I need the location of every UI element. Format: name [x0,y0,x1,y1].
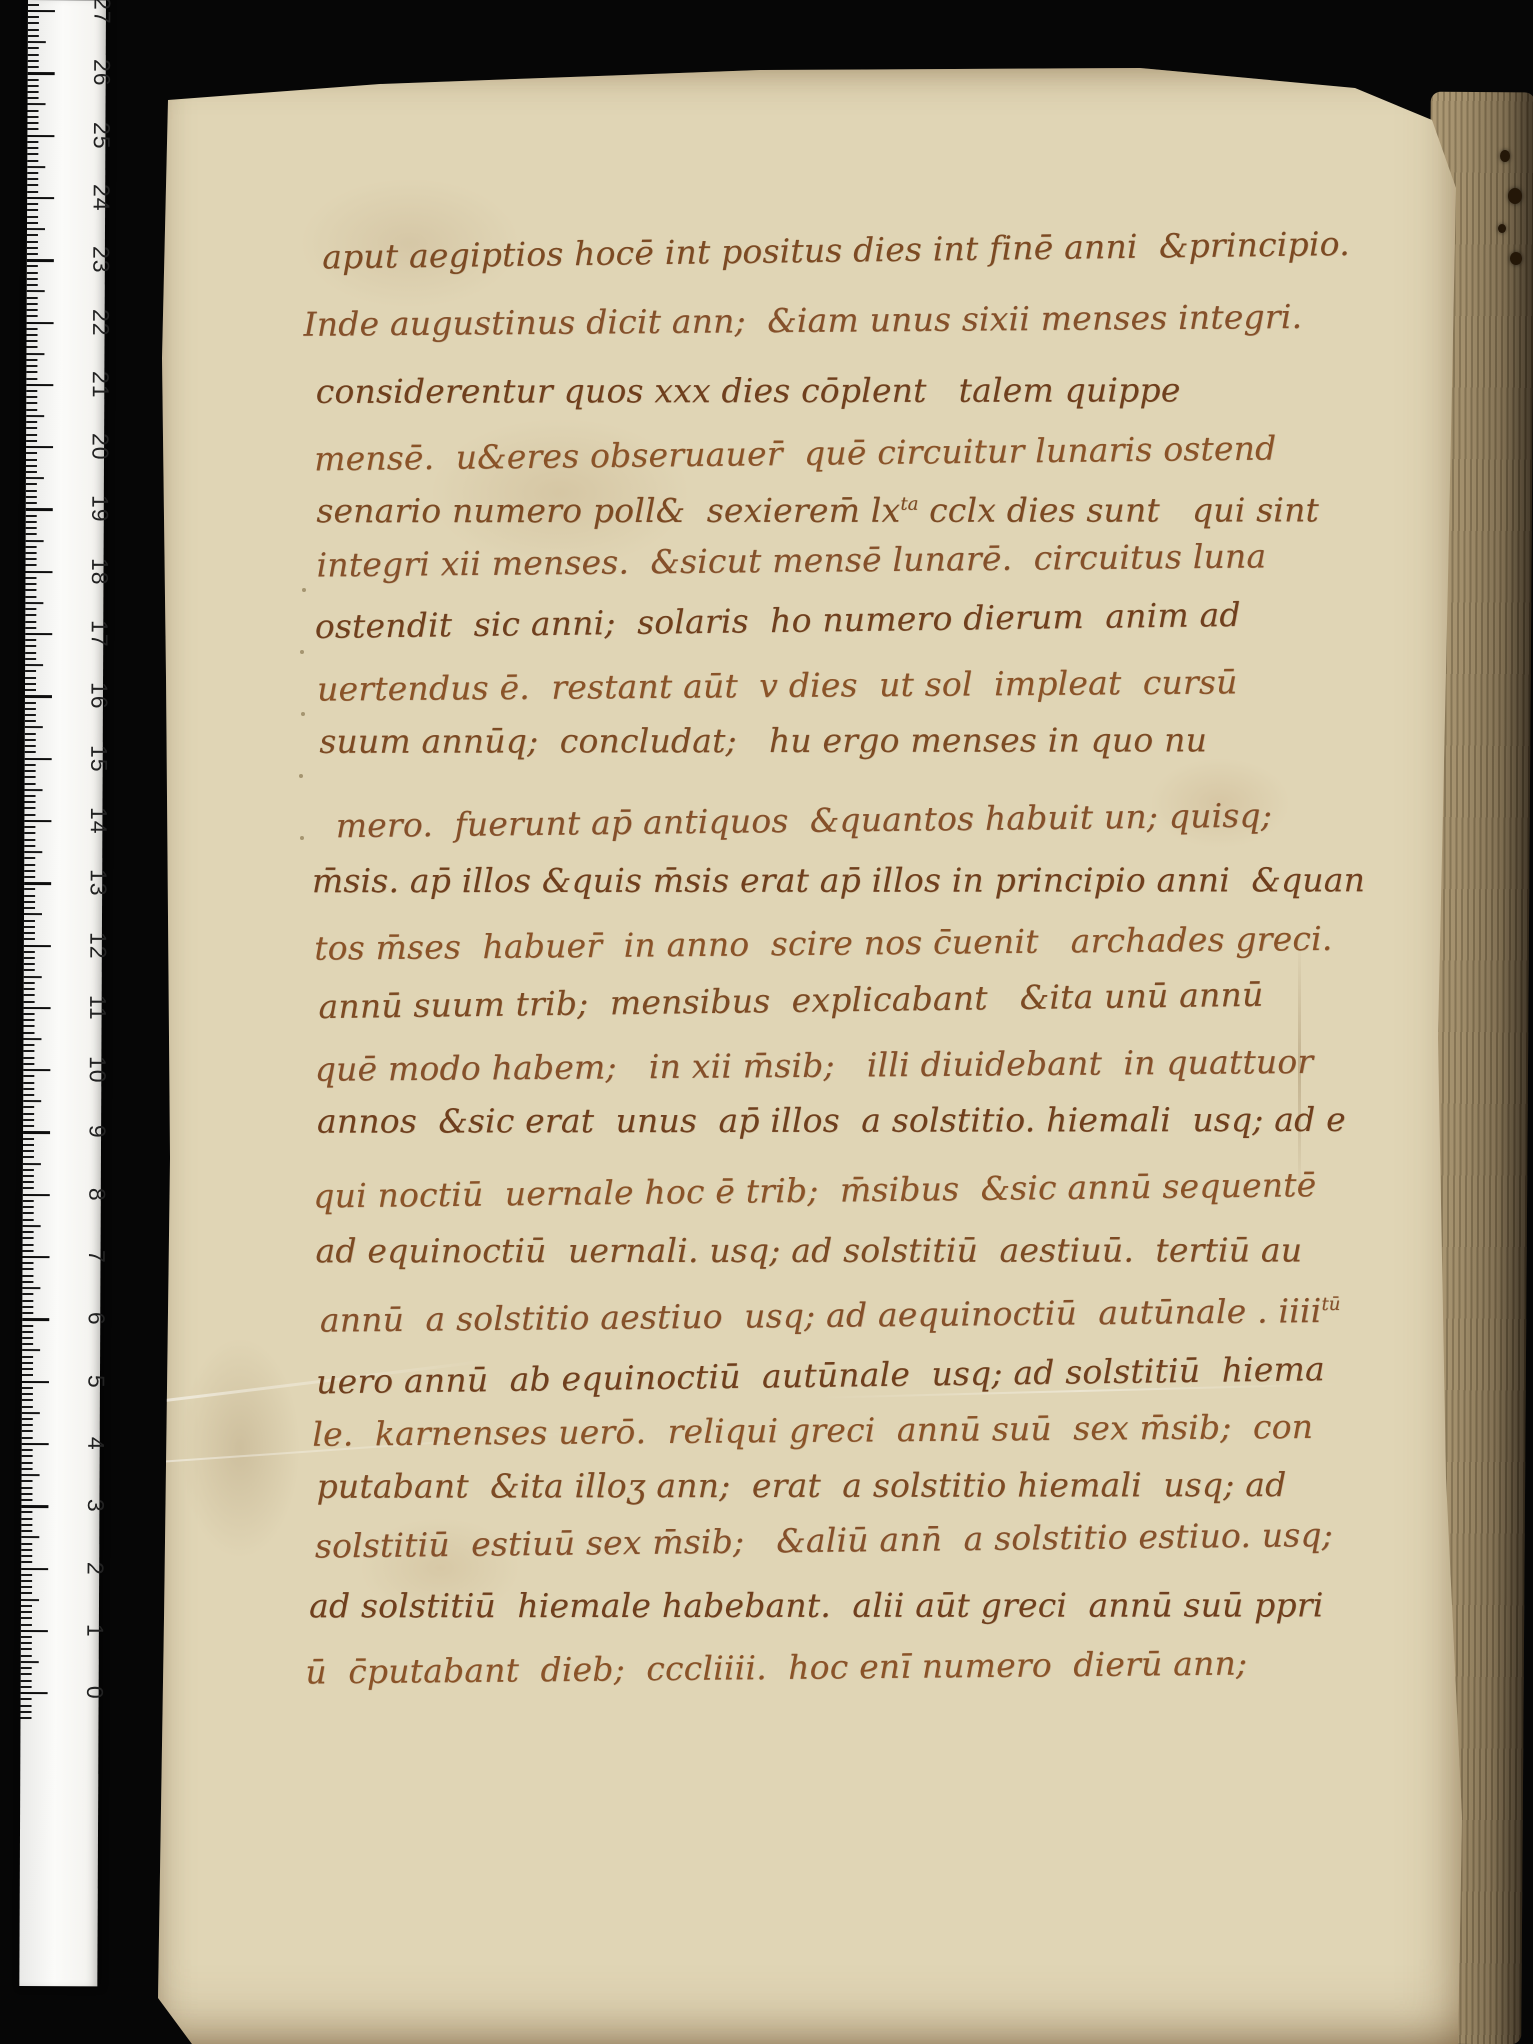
ruler-mm-tick [22,1406,33,1408]
ruler-mm-tick [27,328,38,330]
ruler-mm-tick [22,1437,33,1439]
ruler-mm-tick [27,284,38,286]
manuscript-line-10: mero. fuerunt ap̄ antiquos &quantos habu… [335,796,1272,846]
ruler-mm-tick [22,1300,33,1302]
ruler-mm-tick [28,29,39,31]
ruler-mm-tick [23,1187,34,1189]
ruler-mm-tick [22,1287,40,1289]
ruler-mm-tick [25,702,36,704]
ruler-cm-tick [25,695,52,698]
superscript-abbreviation: ta [900,494,918,515]
ruler-mm-tick [27,272,38,274]
ruler-mm-tick [28,60,39,62]
ruler-mm-tick [24,994,35,996]
ruler-mm-tick [26,471,37,473]
ruler-mm-tick [25,789,43,791]
ruler-mm-tick [22,1356,33,1358]
ruler-number-15: 15 [85,736,112,780]
ruler-mm-tick [23,1225,41,1227]
ruler-mm-tick [25,745,36,747]
ruler-mm-tick [24,807,35,809]
ruler-number-5: 5 [82,1359,109,1403]
ruler-mm-tick [21,1655,32,1657]
ruler-mm-tick [21,1667,32,1669]
manuscript-line-5: senario numero poll& sexierem̄ lxta cclx… [316,490,1319,530]
ruler-mm-tick [25,726,43,728]
ruler-mm-tick [25,670,36,672]
ruler-mm-tick [24,826,35,828]
ruler-mm-tick [25,608,36,610]
ruler-mm-tick [25,683,36,685]
ruler-mm-tick [21,1511,32,1513]
ruler-mm-tick [27,141,38,143]
ruler-mm-tick [27,216,38,218]
ruler-number-20: 20 [86,425,113,469]
ruler-number-4: 4 [82,1422,109,1466]
ruler-mm-tick [25,664,43,666]
manuscript-photo: aput aegiptios hocē int positus dies int… [0,0,1533,2044]
ruler-number-0: 0 [81,1671,108,1715]
ruler-mm-tick [23,1088,34,1090]
ruler-mm-tick [26,527,37,529]
ruler-mm-tick [25,776,36,778]
ruler-number-27: 27 [88,0,115,33]
ruler-mm-tick [24,920,35,922]
text-block: aput aegiptios hocē int positus dies int… [0,0,1533,2044]
ruler-mm-tick [22,1393,33,1395]
ruler-mm-tick [28,66,39,68]
ruler-mm-tick [25,720,36,722]
ruler-mm-tick [25,677,36,679]
ruler-mm-tick [23,1250,34,1252]
ruler-mm-tick [22,1368,33,1370]
ruler-mm-tick [26,496,37,498]
ruler-mm-tick [26,434,37,436]
ruler-mm-tick [27,315,38,317]
ruler-mm-tick [25,627,36,629]
ruler-mm-tick [26,452,37,454]
ruler-mm-tick [26,415,44,417]
ruler-mm-tick [22,1480,33,1482]
superscript-abbreviation: tū [1321,1294,1340,1315]
ruler-mm-tick [24,839,35,841]
ruler-mm-tick [24,1001,35,1003]
ruler-number-13: 13 [85,861,112,905]
ruler-mm-tick [25,770,36,772]
manuscript-line-15: annos &sic erat unus ap̄ illos a solstit… [317,1100,1346,1141]
ruler-mm-tick [21,1536,39,1538]
ruler-mm-tick [26,521,37,523]
ruler-mm-tick [24,857,35,859]
ruler-number-10: 10 [84,1048,111,1092]
ruler-mm-tick [23,1144,34,1146]
ruler-mm-tick [21,1574,32,1576]
ruler-mm-tick [25,708,36,710]
ruler-mm-tick [26,515,37,517]
ruler-mm-tick [25,714,36,716]
ruler-mm-tick [21,1680,32,1682]
ruler-mm-tick [24,876,35,878]
ruler-number-25: 25 [88,113,115,157]
ruler-cm-tick [24,820,51,823]
ruler-mm-tick [21,1555,32,1557]
ruler-mm-tick [24,1019,35,1021]
ruler-cm-tick [28,72,55,75]
ruler-mm-tick [23,1038,41,1040]
ruler-mm-tick [22,1474,40,1476]
ruler-cm-tick [25,633,52,636]
ruler-cm-tick [27,259,54,262]
ruler-mm-tick [24,926,35,928]
ruler-mm-tick [22,1387,33,1389]
ruler-mm-tick [21,1592,32,1594]
ruler-mm-tick [24,988,35,990]
manuscript-line-23: ad solstitiū hiemale habebant. alii aūt … [309,1585,1324,1625]
ruler-mm-tick [21,1530,32,1532]
ruler-mm-tick [28,4,39,6]
ruler-mm-tick [23,1032,34,1034]
ruler-cm-tick [23,1194,50,1197]
ruler-mm-tick [21,1580,32,1582]
ruler-mm-tick [26,564,37,566]
ruler-mm-tick [21,1518,32,1520]
ruler-cm-tick [27,135,54,138]
manuscript-line-16: qui noctiū uernale hoc ē trib; m̄sibus &… [313,1165,1316,1215]
ruler-mm-tick [27,209,38,211]
ruler-number-23: 23 [87,238,114,282]
ruler-mm-tick [21,1605,32,1607]
ruler-mm-tick [28,79,39,81]
ruler-mm-tick [26,440,37,442]
ruler-number-16: 16 [85,674,112,718]
ruler-mm-tick [25,639,36,641]
ruler-mm-tick [25,764,36,766]
ruler-mm-tick [25,596,36,598]
manuscript-line-24: ū c̄putabant dieb; cccliiii. hoc enī num… [305,1643,1247,1691]
ruler-number-21: 21 [87,363,114,407]
ruler-mm-tick [27,334,38,336]
ruler-mm-tick [24,814,35,816]
ruler-mm-tick [23,1100,41,1102]
ruler-mm-tick [24,863,35,865]
ruler-number-9: 9 [83,1110,110,1154]
ruler-mm-tick [26,346,37,348]
ruler-mm-tick [23,1206,34,1208]
ruler-mm-tick [21,1549,32,1551]
ruler-mm-tick [22,1462,33,1464]
ruler-mm-tick [23,1181,34,1183]
ruler-mm-tick [25,783,36,785]
ruler-mm-tick [27,178,38,180]
ruler-cm-tick [26,508,53,511]
ruler-mm-tick [23,1231,34,1233]
ruler-mm-tick [23,1150,34,1152]
ruler-mm-tick [22,1331,33,1333]
ruler-mm-tick [28,41,46,43]
ruler-mm-tick [25,602,43,604]
ruler-mm-tick [22,1262,33,1264]
ruler-mm-tick [25,583,36,585]
ruler-number-24: 24 [88,176,115,220]
ruler-mm-tick [28,35,39,37]
manuscript-line-12: tos m̄ses habuer̄ in anno scire nos c̄ue… [314,919,1333,968]
ruler-mm-tick [26,365,37,367]
centimeter-ruler: 2726252423222120191817161514131211109876… [19,0,106,1986]
ruler-number-26: 26 [88,51,115,95]
ruler-mm-tick [24,957,35,959]
ruler-mm-tick [22,1418,33,1420]
ruler-mm-tick [25,795,36,797]
manuscript-line-11: m̄sis. ap̄ illos &quis m̄sis erat ap̄ il… [312,860,1365,900]
ruler-mm-tick [24,982,35,984]
ruler-mm-tick [23,1094,34,1096]
ruler-number-2: 2 [82,1546,109,1590]
manuscript-line-7: ostendit sic anni; solaris ho numero die… [315,595,1241,646]
ruler-mm-tick [24,832,35,834]
ruler-mm-tick [25,577,36,579]
ruler-mm-tick [24,1025,35,1027]
ruler-mm-tick [24,963,35,965]
ruler-mm-tick [28,110,39,112]
ruler-mm-tick [21,1648,32,1650]
ruler-mm-tick [27,290,45,292]
ruler-mm-tick [23,1175,34,1177]
ruler-mm-tick [23,1044,34,1046]
ruler-mm-tick [27,184,38,186]
manuscript-line-20: le. karnenses uerō. reliqui greci annū s… [312,1407,1313,1454]
ruler-cm-tick [24,882,51,885]
ruler-mm-tick [28,22,39,24]
ruler-cm-tick [21,1567,48,1570]
ruler-mm-tick [24,969,35,971]
ruler-mm-tick [22,1281,33,1283]
ruler-mm-tick [28,54,39,56]
ruler-mm-tick [22,1349,40,1351]
ruler-number-6: 6 [83,1297,110,1341]
ruler-mm-tick [23,1082,34,1084]
ruler-number-22: 22 [87,300,114,344]
ruler-mm-tick [22,1486,33,1488]
ruler-number-19: 19 [86,487,113,531]
ruler-number-17: 17 [86,612,113,656]
ruler-mm-tick [26,396,37,398]
manuscript-line-9: suum annūq; concludat; hu ergo menses in… [319,720,1207,761]
ruler-mm-tick [26,459,37,461]
ruler-mm-tick [25,689,36,691]
ruler-mm-tick [24,801,35,803]
ruler-mm-tick [21,1711,32,1713]
manuscript-line-1: aput aegiptios hocē int positus dies int… [322,224,1350,276]
ruler-mm-tick [26,552,37,554]
ruler-mm-tick [24,938,35,940]
ruler-mm-tick [21,1499,32,1501]
ruler-cm-tick [22,1318,49,1321]
ruler-mm-tick [23,1063,34,1065]
ruler-mm-tick [24,851,42,853]
ruler-mm-tick [20,1717,31,1719]
ruler-mm-tick [26,359,37,361]
ruler-mm-tick [27,122,38,124]
ruler-mm-tick [22,1337,33,1339]
ruler-mm-tick [22,1430,33,1432]
ruler-mm-tick [23,1156,34,1158]
ruler-mm-tick [23,1050,34,1052]
ruler-cm-tick [24,1007,51,1010]
ruler-mm-tick [26,427,37,429]
ruler-mm-tick [24,901,35,903]
ruler-cm-tick [21,1630,48,1633]
ruler-mm-tick [21,1698,32,1700]
ruler-mm-tick [26,402,37,404]
ruler-mm-tick [22,1412,40,1414]
ruler-mm-tick [26,546,37,548]
ruler-mm-tick [23,1244,34,1246]
ruler-mm-tick [27,153,38,155]
ruler-mm-tick [26,421,37,423]
ruler-mm-tick [21,1673,32,1675]
ruler-mm-tick [25,658,36,660]
ruler-mm-tick [21,1617,32,1619]
ruler-mm-tick [26,558,37,560]
ruler-mm-tick [25,589,36,591]
ruler-mm-tick [28,85,39,87]
ruler-mm-tick [23,1125,34,1127]
manuscript-line-17: ad equinoctiū uernali. usq; ad solstitiū… [316,1230,1303,1270]
ruler-mm-tick [27,191,38,193]
ruler-mm-tick [27,234,38,236]
ruler-mm-tick [25,614,36,616]
ruler-mm-tick [27,247,38,249]
ruler-mm-tick [26,540,44,542]
ruler-mm-tick [22,1343,33,1345]
ruler-mm-tick [24,976,42,978]
ruler-cm-tick [21,1505,48,1508]
ruler-mm-tick [23,1075,34,1077]
ruler-mm-tick [24,1013,35,1015]
ruler-mm-tick [25,751,36,753]
ruler-mm-tick [26,483,37,485]
ruler-mm-tick [24,845,35,847]
ruler-cm-tick [22,1443,49,1446]
ruler-mm-tick [27,265,38,267]
ruler-mm-tick [22,1268,33,1270]
ruler-number-3: 3 [82,1484,109,1528]
ruler-mm-tick [21,1493,32,1495]
ruler-mm-tick [27,278,38,280]
ruler-mm-tick [22,1374,33,1376]
ruler-mm-tick [22,1306,33,1308]
ruler-mm-tick [26,371,37,373]
ruler-number-8: 8 [83,1172,110,1216]
ruler-number-18: 18 [86,549,113,593]
ruler-mm-tick [28,91,39,93]
ruler-mm-tick [24,907,35,909]
ruler-cm-tick [23,1069,50,1072]
ruler-mm-tick [26,390,37,392]
ruler-number-12: 12 [84,923,111,967]
ruler-mm-tick [25,733,36,735]
ruler-number-7: 7 [83,1235,110,1279]
ruler-mm-tick [27,128,38,130]
ruler-mm-tick [22,1312,33,1314]
ruler-cm-tick [28,10,55,13]
ruler-cm-tick [26,446,53,449]
ruler-cm-tick [23,1131,50,1134]
ruler-mm-tick [24,932,35,934]
ruler-mm-tick [22,1455,33,1457]
ruler-mm-tick [21,1661,39,1663]
manuscript-line-22: solstitiū estiuū sex m̄sib; &aliū ann̄ a… [315,1515,1334,1566]
ruler-number-14: 14 [85,799,112,843]
ruler-mm-tick [27,340,38,342]
ruler-mm-tick [26,353,44,355]
ruler-mm-tick [22,1275,33,1277]
ruler-cm-tick [22,1381,49,1384]
ruler-mm-tick [23,1138,34,1140]
ruler-mm-tick [21,1686,32,1688]
ruler-mm-tick [26,465,37,467]
ruler-mm-tick [27,253,38,255]
ruler-mm-tick [24,888,35,890]
ruler-mm-tick [22,1325,33,1327]
ruler-mm-tick [21,1599,39,1601]
ruler-cm-tick [21,1692,48,1695]
ruler-mm-tick [21,1642,32,1644]
ruler-mm-tick [21,1611,32,1613]
manuscript-line-21: putabant &ita illoʒ ann; erat a solstiti… [317,1465,1287,1506]
ruler-mm-tick [28,103,46,105]
manuscript-line-18: annū a solstitio aestiuo usq; ad aequino… [320,1291,1341,1340]
ruler-cm-tick [25,571,52,574]
ruler-mm-tick [27,222,38,224]
ruler-mm-tick [27,147,38,149]
ruler-mm-tick [25,652,36,654]
manuscript-line-6: integri xii menses. &sicut mensē lunarē.… [316,536,1266,584]
ruler-mm-tick [27,172,38,174]
ruler-mm-tick [21,1586,32,1588]
ruler-mm-tick [21,1636,32,1638]
ruler-mm-tick [23,1212,34,1214]
ruler-mm-tick [22,1399,33,1401]
ruler-mm-tick [26,477,44,479]
manuscript-line-4: mensē. u&eres obseruauer̄ quē circuitur … [314,428,1277,478]
ruler-mm-tick [22,1293,33,1295]
ruler-mm-tick [26,533,37,535]
ruler-mm-tick [24,913,42,915]
ruler-mm-tick [26,502,37,504]
manuscript-line-19: uero annū ab equinoctiū autūnale usq; ad… [316,1349,1325,1401]
ruler-mm-tick [21,1543,32,1545]
manuscript-line-13: annū suum trib; mensibus explicabant &it… [318,975,1263,1026]
ruler-mm-tick [27,303,38,305]
ruler-mm-tick [27,160,38,162]
ruler-mm-tick [21,1561,32,1563]
ruler-mm-tick [22,1468,33,1470]
ruler-cm-tick [27,321,54,324]
ruler-mm-tick [26,409,37,411]
ruler-mm-tick [27,228,45,230]
ruler-mm-tick [23,1163,41,1165]
ruler-mm-tick [27,116,38,118]
ruler-mm-tick [22,1449,33,1451]
manuscript-line-2: Inde augustinus dicit ann; &iam unus six… [303,297,1302,344]
manuscript-line-14: quē modo habem; in xii m̄sib; illi diuid… [315,1042,1314,1089]
ruler-mm-tick [23,1119,34,1121]
ruler-mm-tick [22,1362,33,1364]
ruler-mm-tick [27,166,45,168]
ruler-mm-tick [23,1219,34,1221]
ruler-cm-tick [27,197,54,200]
